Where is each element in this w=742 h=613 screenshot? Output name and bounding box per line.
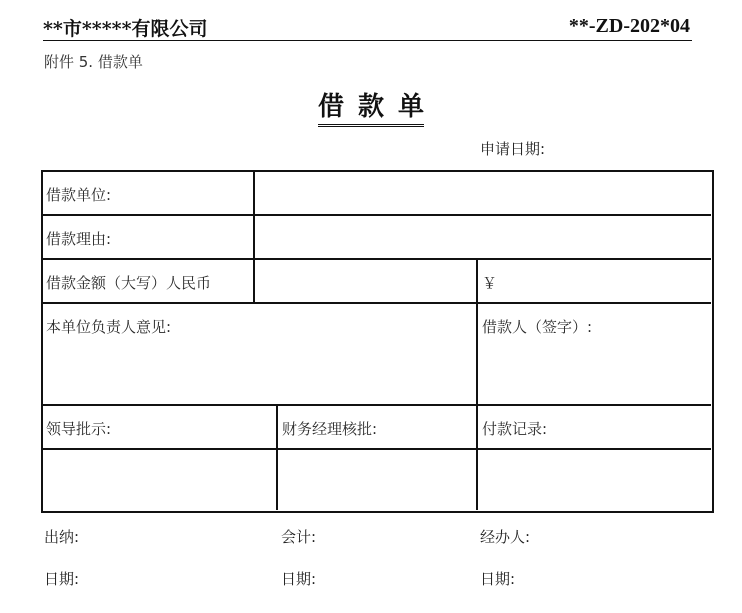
row-divider [43,302,711,304]
attachment-label: 附件 5. 借款单 [44,51,143,72]
borrowing-unit-label: 借款单位: [43,184,111,205]
company-name: **市*****有限公司 [43,14,208,41]
document-code: **-ZD-202*04 [569,15,690,38]
dept-head-opinion-field[interactable]: 本单位负责人意见: [43,316,473,402]
payment-record-field[interactable] [479,451,709,509]
loan-amount-label: 借款金额（大写）人民币 [43,272,211,293]
title-char: 款 [358,92,398,122]
cashier-label: 出纳: [44,526,79,547]
dept-head-opinion-label: 本单位负责人意见: [46,318,171,336]
finance-manager-label: 财务经理核批: [279,418,377,439]
loan-amount-numeric-field[interactable]: ￥ [479,272,709,293]
loan-form-table: 借款单位: 借款理由: 借款金额（大写）人民币 ￥ 本单位负责人意见: 借款人（… [41,170,714,513]
col-divider [276,404,278,510]
header-rule [43,40,692,41]
loan-reason-field[interactable] [256,217,708,257]
col-divider [476,258,478,510]
col-divider [253,172,255,304]
row-divider [43,448,711,450]
title-char: 单 [398,92,424,122]
leader-approval-label: 领导批示: [43,418,111,439]
apply-date-label: 申请日期: [480,138,545,159]
loan-amount-capital-field[interactable] [256,261,474,301]
finance-manager-field[interactable] [279,451,474,509]
cashier-date-label: 日期: [44,568,79,589]
handler-label: 经办人: [480,526,530,547]
payment-record-label: 付款记录: [479,418,547,439]
page-title: 借款单 [318,86,424,127]
row-divider [43,258,711,260]
row-divider [43,404,711,406]
title-char: 借 [318,92,358,122]
leader-approval-field[interactable] [43,451,274,509]
loan-reason-label: 借款理由: [43,228,111,249]
borrower-signature-field[interactable]: 借款人（签字）: [479,316,709,402]
yuan-symbol: ￥ [482,274,497,292]
accountant-label: 会计: [281,526,316,547]
borrower-signature-label: 借款人（签字）: [482,318,592,336]
row-divider [43,214,711,216]
handler-date-label: 日期: [480,568,515,589]
borrowing-unit-field[interactable] [256,174,708,214]
accountant-date-label: 日期: [281,568,316,589]
